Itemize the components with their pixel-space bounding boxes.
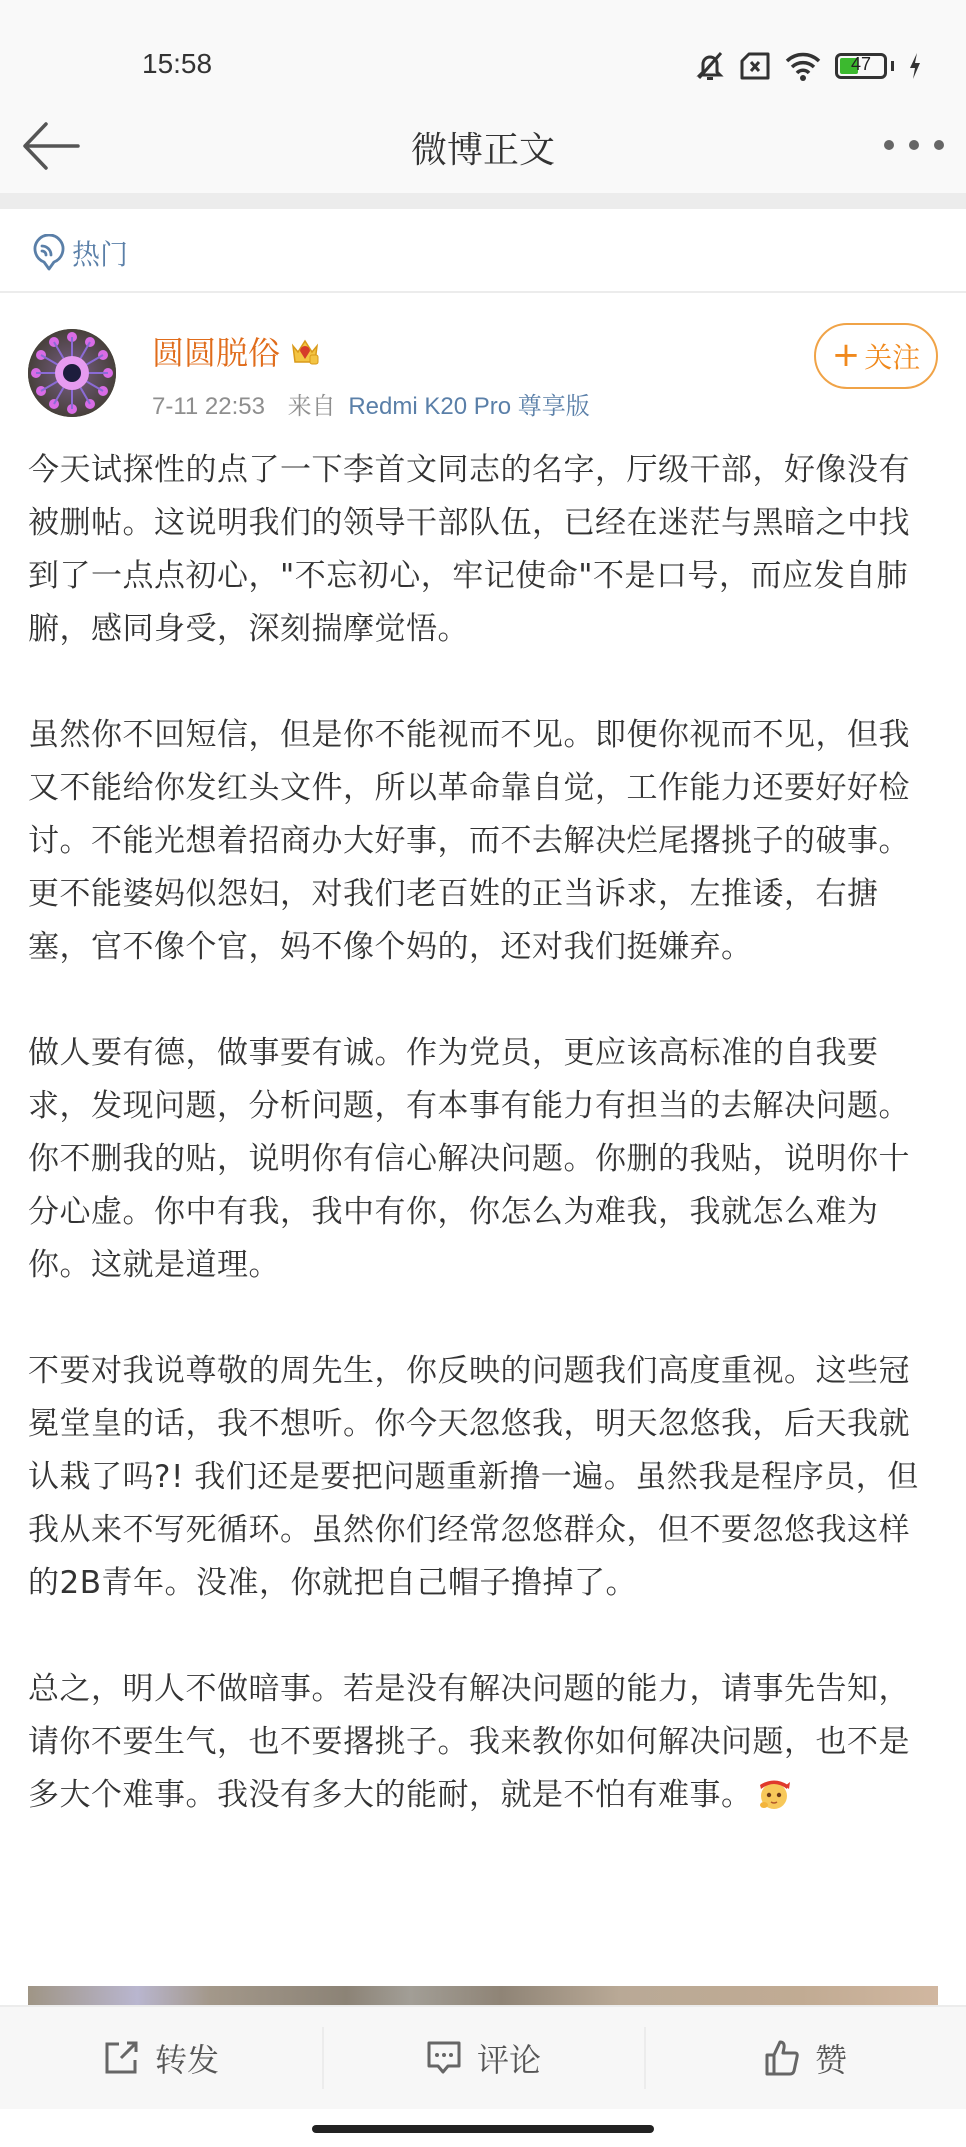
comment-label: 评论 (477, 2035, 541, 2081)
post-paragraph: 做人要有德，做事要有诚。作为党员，更应该高标准的自我要求，发现问题，分析问题，有… (28, 1027, 940, 1292)
post-source-link[interactable]: Redmi K20 Pro 尊享版 (348, 393, 589, 420)
comment-button[interactable]: 评论 (322, 2007, 644, 2109)
user-name: 圆圆脱俗 (152, 328, 280, 374)
user-name-link[interactable]: 圆圆脱俗 (152, 328, 320, 374)
hot-label: 热门 (72, 233, 128, 273)
repost-label: 转发 (155, 2035, 219, 2081)
like-thumb-icon (763, 2038, 801, 2078)
hot-section: 热门 (0, 209, 966, 293)
more-button[interactable] (884, 130, 944, 160)
follow-button[interactable]: + 关注 (814, 323, 938, 389)
page-title: 微博正文 (0, 122, 966, 173)
action-bar: 转发 评论 赞 (0, 2005, 966, 2109)
battery-icon: 47 (835, 53, 887, 79)
repost-button[interactable]: 转发 (0, 2007, 322, 2109)
post-timestamp: 7-11 22:53 (152, 393, 265, 420)
plus-icon: + (832, 338, 861, 372)
more-dots-icon (934, 140, 944, 150)
bell-muted-icon (695, 50, 725, 82)
wifi-icon (785, 51, 821, 81)
comment-icon (425, 2039, 463, 2077)
battery-cap (891, 61, 894, 71)
repost-icon (103, 2040, 141, 2076)
hot-topic-icon (32, 234, 66, 272)
hot-tag[interactable]: 热门 (32, 233, 128, 273)
post-header: 圆圆脱俗 7-11 22:53 来自 Redmi K20 Pro 尊享版 + 关… (0, 320, 966, 430)
like-label: 赞 (815, 2035, 847, 2081)
battery-level: 47 (838, 54, 884, 75)
status-bar: 15:58 47 (0, 0, 966, 100)
sim-none-icon (739, 52, 771, 80)
post-paragraph: 今天试探性的点了一下李首文同志的名字，厅级干部，好像没有被删帖。这说明我们的领导… (28, 444, 940, 656)
nav-bar: 微博正文 (0, 100, 966, 193)
section-divider (0, 193, 966, 209)
post-paragraph: 不要对我说尊敬的周先生，你反映的问题我们高度重视。这些冠冕堂皇的话，我不想听。你… (28, 1345, 940, 1610)
follow-label: 关注 (864, 336, 920, 376)
charging-icon (908, 52, 922, 80)
source-prefix: 来自 (288, 393, 336, 420)
avatar[interactable] (28, 329, 116, 417)
home-indicator[interactable] (312, 2125, 654, 2133)
vip-crown-icon (290, 336, 320, 366)
post-paragraph-last: 总之，明人不做暗事。若是没有解决问题的能力，请事先告知，请你不要生气，也不要撂挑… (28, 1663, 940, 1822)
status-icons: 47 (695, 50, 922, 82)
more-dots-icon (884, 140, 894, 150)
more-dots-icon (909, 140, 919, 150)
like-button[interactable]: 赞 (644, 2007, 966, 2109)
post-body: 今天试探性的点了一下李首文同志的名字，厅级干部，好像没有被删帖。这说明我们的领导… (28, 444, 940, 1822)
post-meta: 7-11 22:53 来自 Redmi K20 Pro 尊享版 (152, 386, 590, 421)
fighting-emoji-icon (757, 1777, 791, 1811)
flower-avatar-image (28, 329, 116, 417)
status-time: 15:58 (142, 48, 212, 80)
post-paragraph: 虽然你不回短信，但是你不能视而不见。即便你视而不见，但我又不能给你发红头文件，所… (28, 709, 940, 974)
